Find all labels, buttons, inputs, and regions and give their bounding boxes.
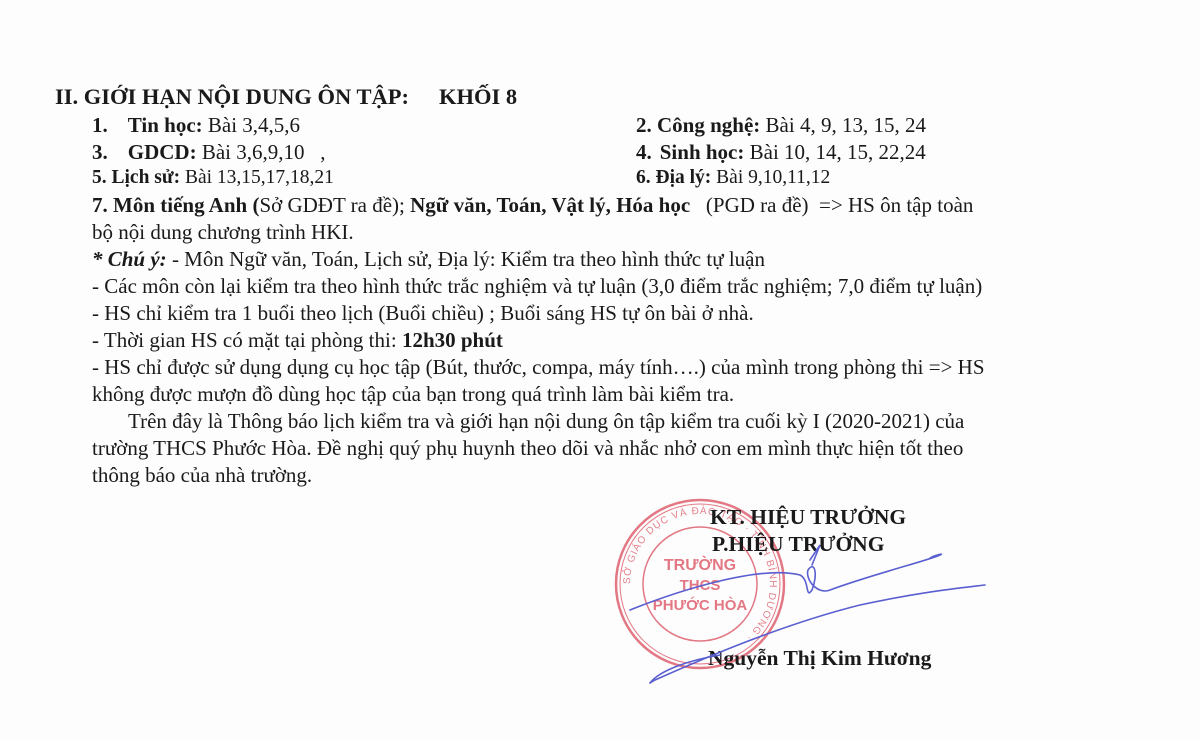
note-line: - HS chỉ được sử dụng dụng cụ học tập (B… bbox=[92, 354, 985, 380]
subject-item: 1.Tin học: Bài 3,4,5,6 bbox=[92, 112, 300, 138]
section-heading: II. GIỚI HẠN NỘI DUNG ÔN TẬP:KHỐI 8 bbox=[55, 84, 517, 110]
closing-paragraph-line: thông báo của nhà trường. bbox=[92, 462, 312, 488]
signature-title: KT. HIỆU TRƯỞNG bbox=[710, 505, 906, 530]
signature-subtitle: P.HIỆU TRƯỞNG bbox=[712, 532, 884, 557]
subject-item: 6. Địa lý: Bài 9,10,11,12 bbox=[636, 165, 830, 191]
subject-name: Địa lý: bbox=[656, 167, 712, 188]
subject-item: 4.Sinh học: Bài 10, 14, 15, 22,24 bbox=[636, 139, 926, 165]
subject-item: 3.GDCD: Bài 3,6,9,10 , bbox=[92, 139, 326, 165]
item-7: 7. Môn tiếng Anh (Sở GDĐT ra đề); Ngữ vă… bbox=[92, 192, 973, 218]
subject-name: GDCD: bbox=[128, 140, 197, 164]
note-line: không được mượn đồ dùng học tập của bạn … bbox=[92, 381, 734, 407]
section-title: II. GIỚI HẠN NỘI DUNG ÔN TẬP: bbox=[55, 84, 409, 109]
note-label: * Chú ý: bbox=[92, 247, 167, 271]
note-line: * Chú ý: - Môn Ngữ văn, Toán, Lịch sử, Đ… bbox=[92, 246, 765, 272]
subject-item: 5. Lịch sử: Bài 13,15,17,18,21 bbox=[92, 165, 334, 191]
svg-text:TRƯỜNG: TRƯỜNG bbox=[664, 555, 736, 574]
closing-paragraph-line: trường THCS Phước Hòa. Đề nghị quý phụ h… bbox=[92, 435, 963, 461]
subject-name: Tin học: bbox=[128, 113, 203, 137]
signer-name: Nguyễn Thị Kim Hương bbox=[708, 646, 931, 671]
svg-text:PHƯỚC HÒA: PHƯỚC HÒA bbox=[653, 596, 748, 614]
arrival-time: 12h30 phút bbox=[402, 328, 503, 352]
note-line: - HS chỉ kiểm tra 1 buổi theo lịch (Buổi… bbox=[92, 300, 754, 326]
subject-name: Sinh học: bbox=[660, 140, 745, 164]
closing-paragraph-line: Trên đây là Thông báo lịch kiểm tra và g… bbox=[128, 408, 964, 434]
subject-name: Công nghệ: bbox=[657, 113, 760, 137]
grade-label: KHỐI 8 bbox=[439, 84, 517, 109]
item-7-continued: bộ nội dung chương trình HKI. bbox=[92, 219, 354, 245]
svg-text:THCS: THCS bbox=[680, 577, 721, 594]
subject-item: 2. Công nghệ: Bài 4, 9, 13, 15, 24 bbox=[636, 112, 926, 138]
note-line: - Thời gian HS có mặt tại phòng thi: 12h… bbox=[92, 327, 503, 353]
subject-name: Lịch sử: bbox=[112, 167, 181, 188]
note-line: - Các môn còn lại kiểm tra theo hình thứ… bbox=[92, 273, 982, 299]
